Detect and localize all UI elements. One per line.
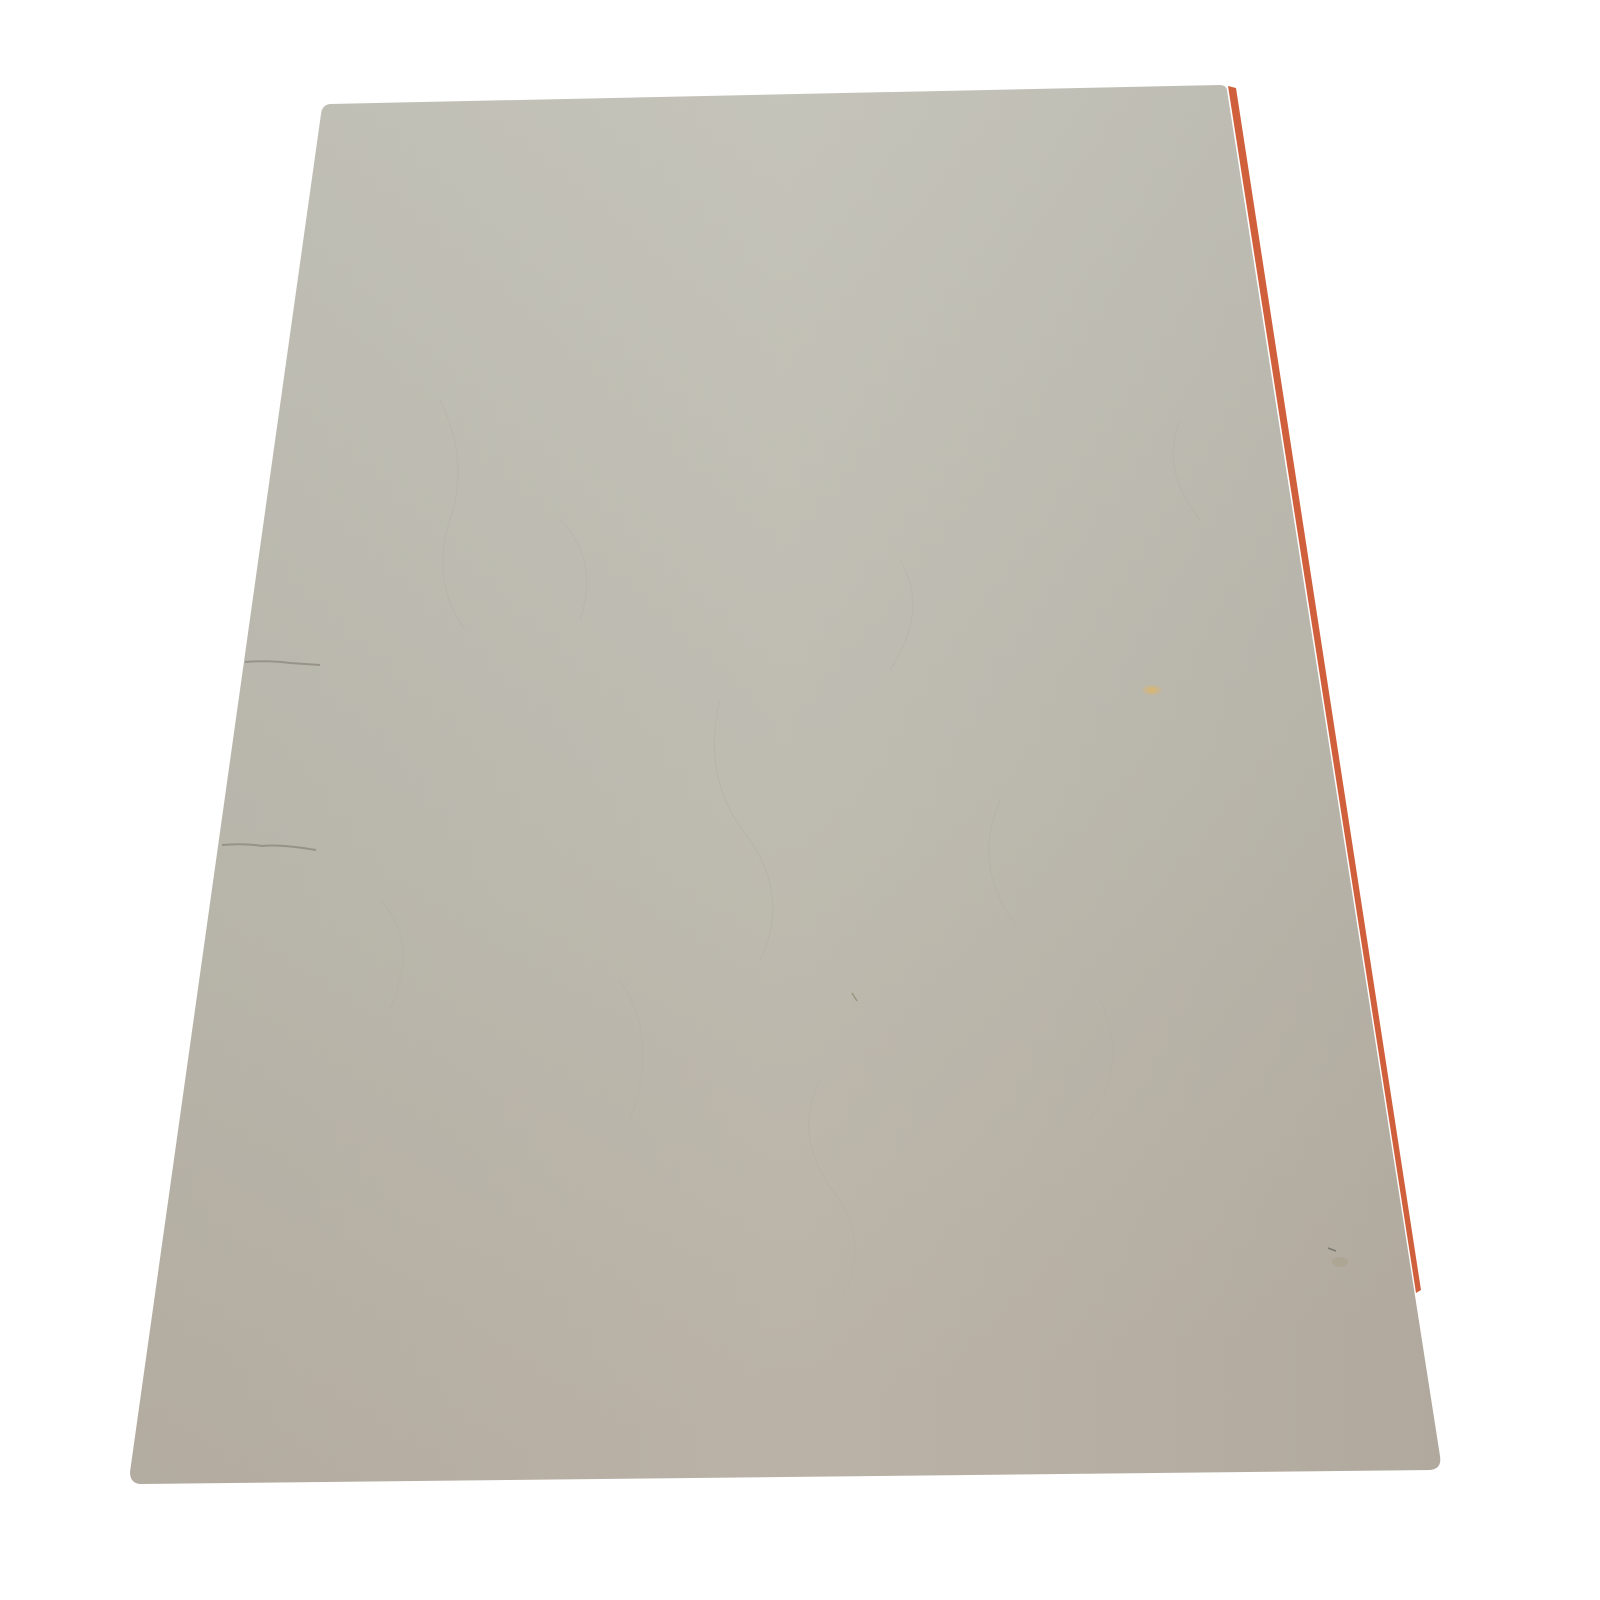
- stain: [1141, 684, 1163, 696]
- paper-shading: [130, 85, 1440, 1484]
- photo-scene: [0, 0, 1600, 1600]
- speck: [1332, 1257, 1348, 1267]
